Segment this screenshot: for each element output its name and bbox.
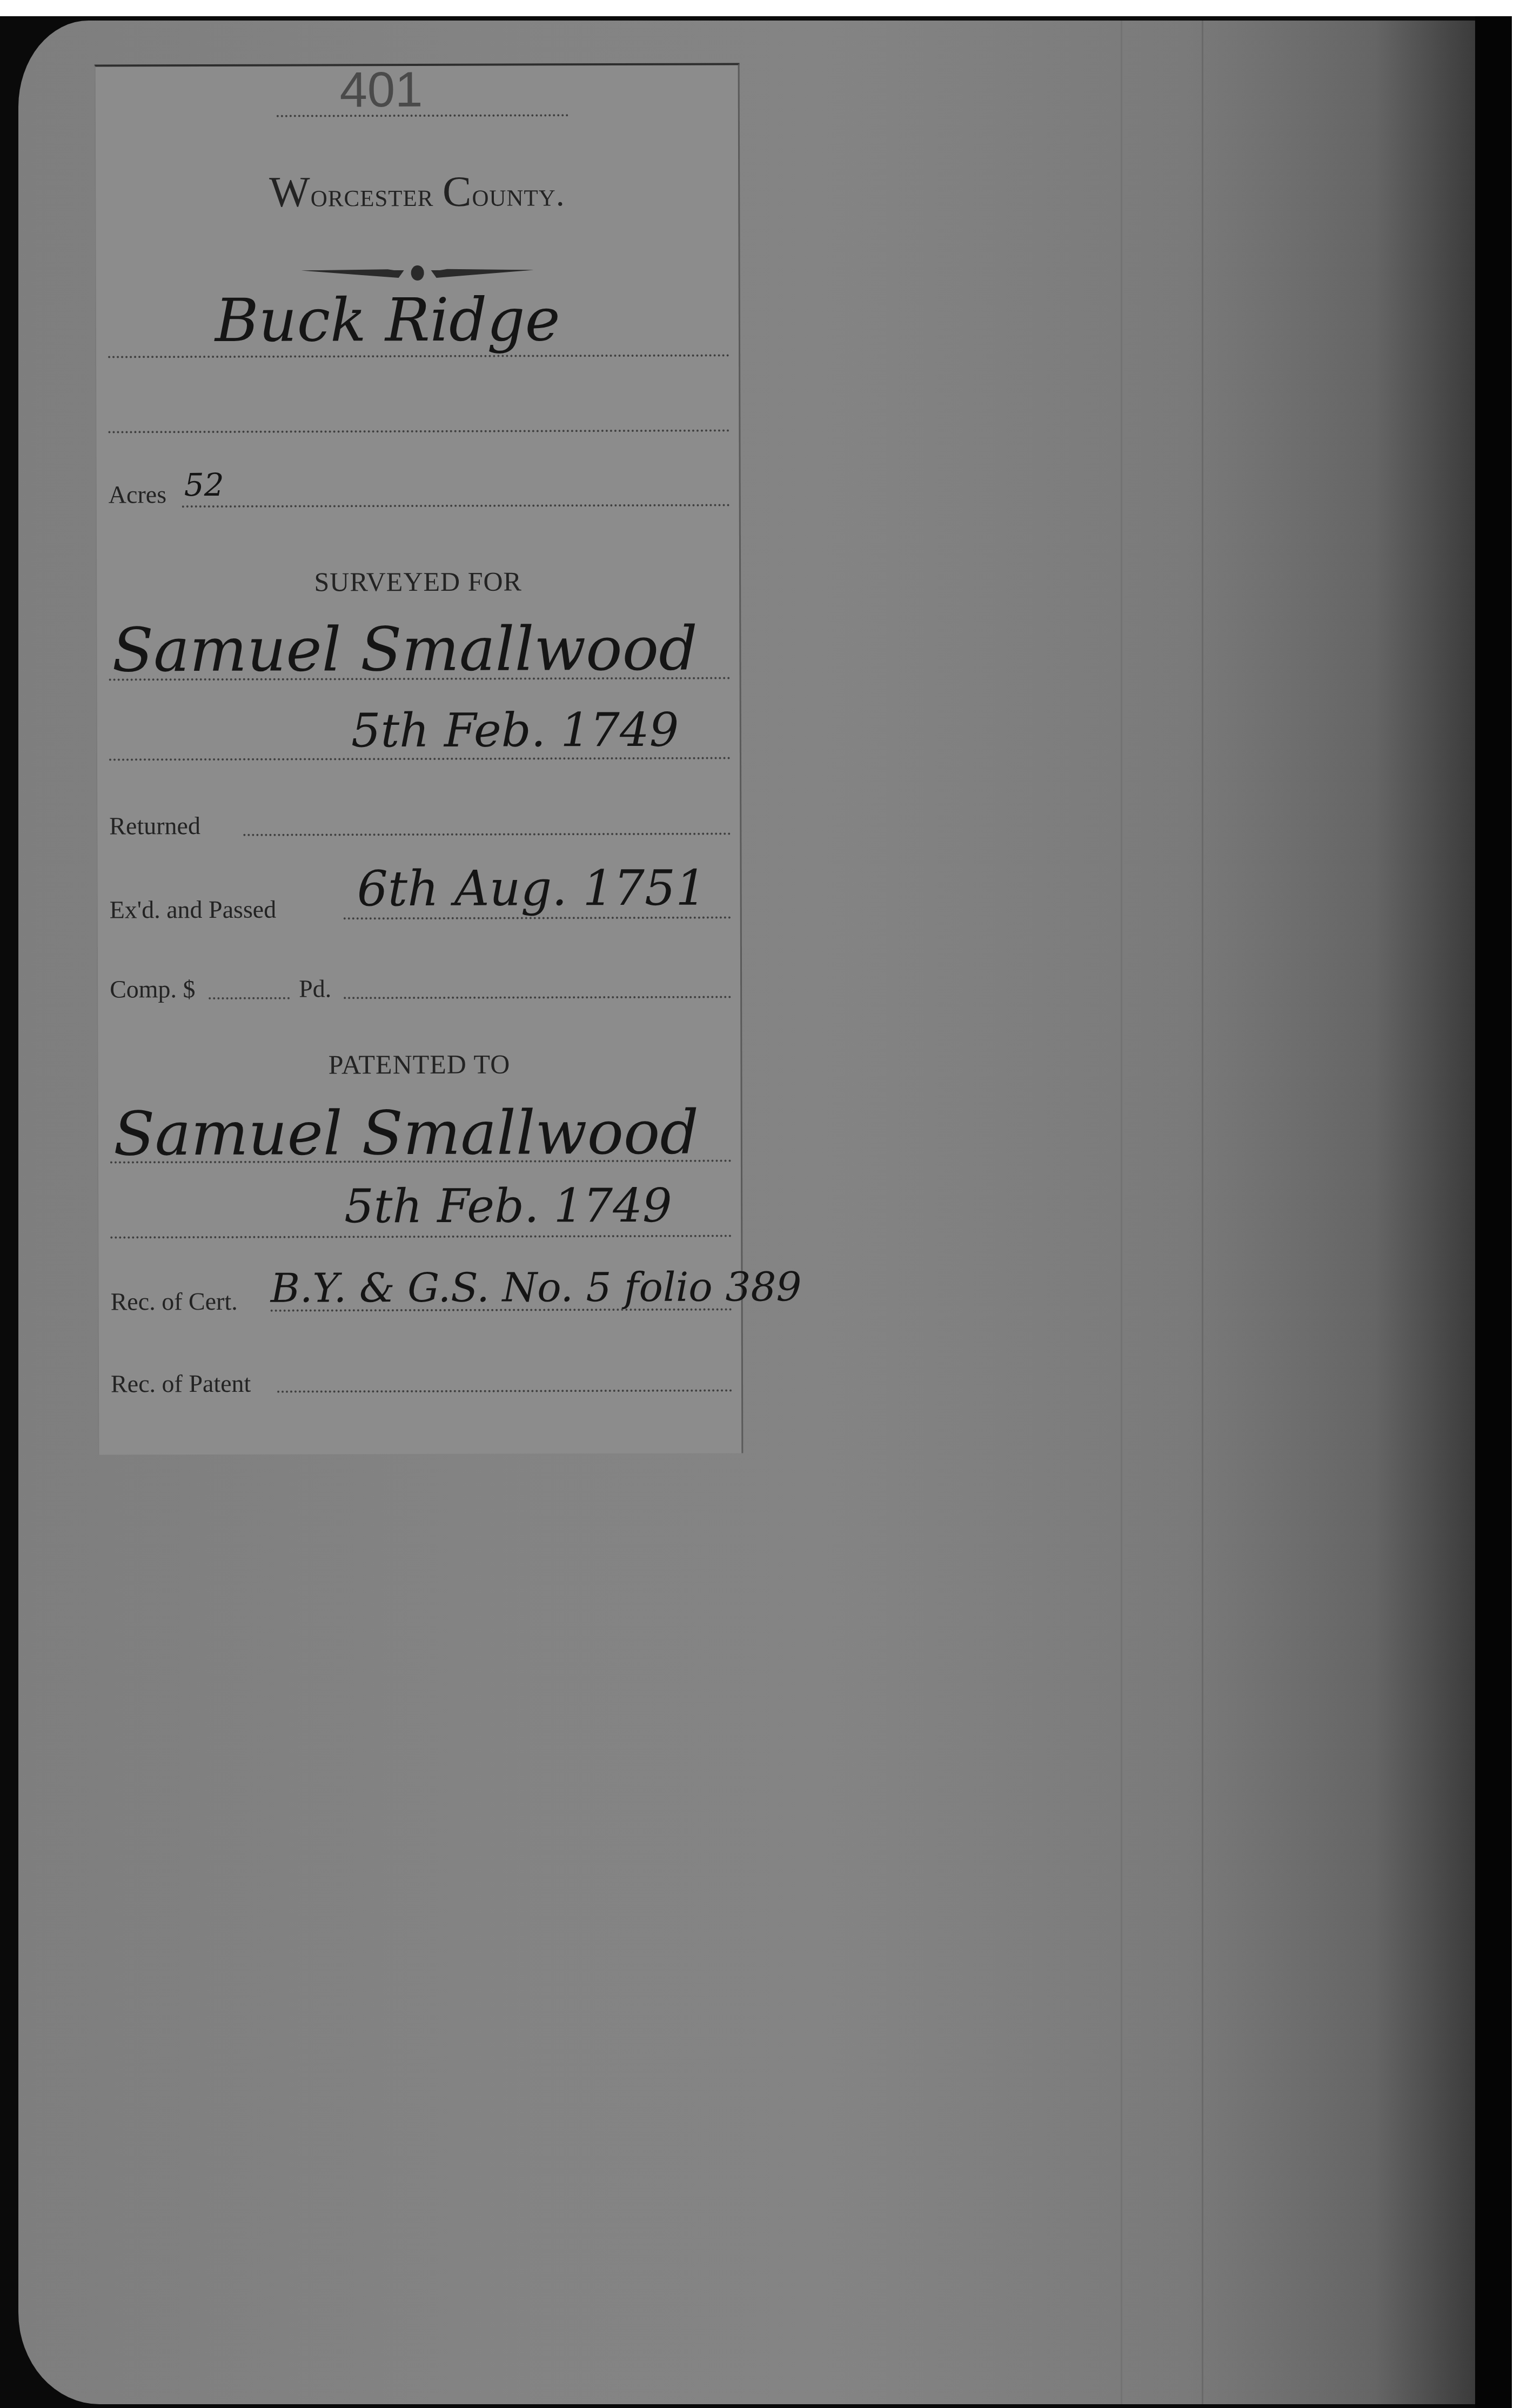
comp-line (209, 997, 290, 999)
card-number-line (277, 114, 568, 117)
county-initial: W (269, 169, 311, 216)
examined-passed-label: Ex'd. and Passed (110, 895, 277, 924)
card-number: 401 (340, 62, 423, 118)
examined-passed-line (344, 916, 731, 919)
returned-line (243, 832, 731, 836)
county-word-2: ounty. (472, 176, 565, 213)
acres-line (182, 504, 730, 508)
acres-label: Acres (109, 480, 166, 509)
patented-to-name: Samuel Smallwood (113, 1098, 699, 1170)
tract-name-line (108, 354, 729, 358)
surveyed-date-line (109, 757, 731, 761)
scan-edge-band (1475, 16, 1512, 2408)
county-heading: Worcester County. (96, 166, 738, 217)
comp-label: Comp. $ (110, 975, 196, 1003)
returned-label: Returned (109, 811, 200, 840)
patented-date: 5th Feb. 1749 (344, 1179, 672, 1234)
examined-passed-date: 6th Aug. 1751 (357, 860, 706, 918)
sheet-crease (1121, 21, 1122, 2404)
sheet-crease (1202, 21, 1203, 2404)
acres-value: 52 (184, 466, 224, 503)
paid-label: Pd. (299, 974, 331, 1003)
land-record-index-card: 401 Worcester County. Buck Ridge Acres 5… (95, 63, 744, 1455)
surveyed-for-name: Samuel Smallwood (112, 614, 698, 686)
rec-of-cert-label: Rec. of Cert. (111, 1287, 238, 1316)
rec-of-cert-value: B.Y. & G.S. No. 5 folio 389 (270, 1264, 801, 1312)
surveyed-date: 5th Feb. 1749 (351, 703, 679, 758)
rec-of-patent-line (277, 1389, 732, 1392)
patented-date-line (110, 1235, 732, 1238)
county-word-1: orcester (311, 177, 434, 214)
county-initial-2: C (443, 168, 472, 216)
surveyed-for-heading: SURVEYED FOR (97, 565, 739, 598)
tract-name-line-2 (108, 429, 729, 433)
tract-name: Buck Ridge (215, 285, 560, 355)
ornament-divider-icon (302, 263, 534, 283)
paid-line (344, 996, 731, 999)
rec-of-cert-line (271, 1308, 732, 1311)
rec-of-patent-label: Rec. of Patent (111, 1369, 251, 1398)
patented-to-heading: PATENTED TO (98, 1048, 740, 1080)
